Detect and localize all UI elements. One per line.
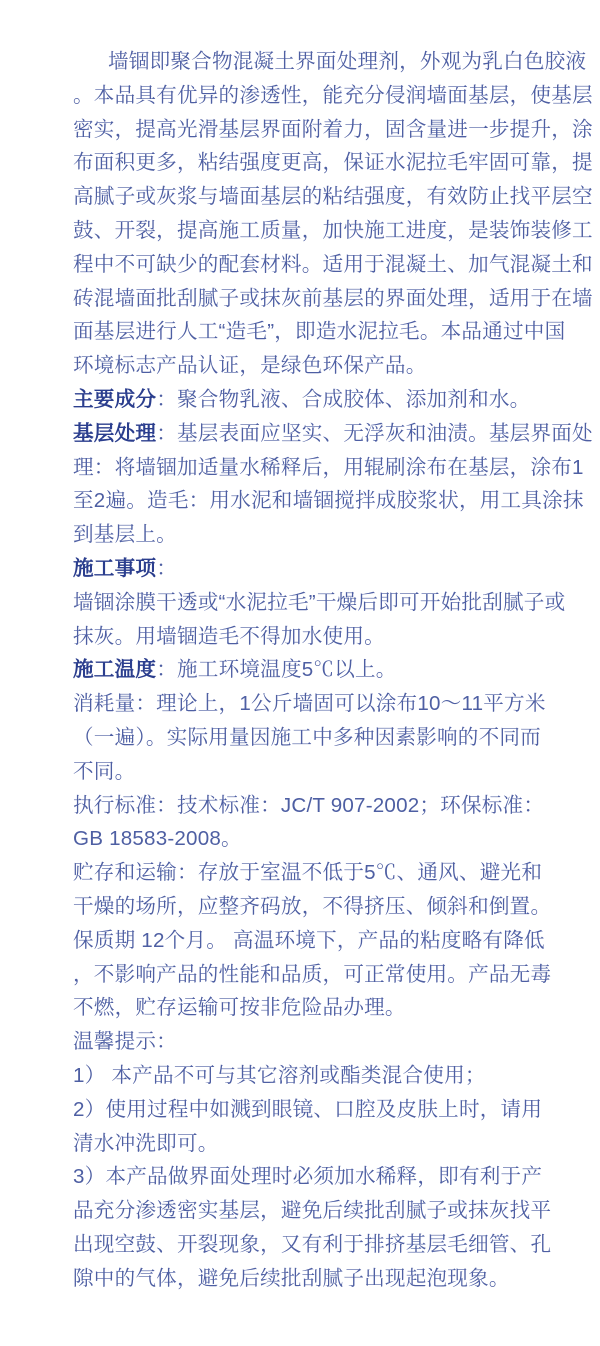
section-storage-transport: 贮存和运输：存放于室温不低于5℃、通风、避光和 干燥的场所，应整齐码放，不得挤压… [73,856,593,1025]
construction-temperature-label: 施工温度 [73,658,156,681]
section-main-components: 主要成分：聚合物乳液、合成胶体、添加剂和水。 [73,383,593,417]
section-consumption: 消耗量：理论上，1公斤墙固可以涂布10～11平方米 （一遍）。实际用量因施工中多… [73,687,593,788]
section-construction-temperature: 施工温度：施工环境温度5℃以上。 [73,653,593,687]
base-treatment-label: 基层处理 [73,422,156,445]
construction-notes-label: 施工事项 [73,557,156,580]
main-components-text: ：聚合物乳液、合成胶体、添加剂和水。 [156,388,530,411]
section-construction-notes: 施工事项： 墙锢涂膜干透或“水泥拉毛”干燥后即可开始批刮腻子或 抹灰。用墙锢造毛… [73,552,593,653]
section-standards: 执行标准：技术标准：JC/T 907-2002；环保标准： GB 18583-2… [73,789,593,857]
description-text: 墙锢即聚合物混凝土界面处理剂，外观为乳白色胶液 。本品具有优异的渗透性，能充分侵… [0,0,600,1295]
main-components-label: 主要成分 [73,388,156,411]
section-base-treatment: 基层处理：基层表面应坚实、无浮灰和油渍。基层界面处 理：将墙锢加适量水稀释后，用… [73,417,593,552]
product-description-page: 墙锢即聚合物混凝土界面处理剂，外观为乳白色胶液 。本品具有优异的渗透性，能充分侵… [0,0,600,1346]
section-tips: 温馨提示： 1） 本产品不可与其它溶剂或酯类混合使用； 2）使用过程中如溅到眼镜… [73,1025,593,1295]
intro-paragraph: 墙锢即聚合物混凝土界面处理剂，外观为乳白色胶液 。本品具有优异的渗透性，能充分侵… [73,45,593,383]
construction-temperature-text: ：施工环境温度5℃以上。 [156,658,396,681]
